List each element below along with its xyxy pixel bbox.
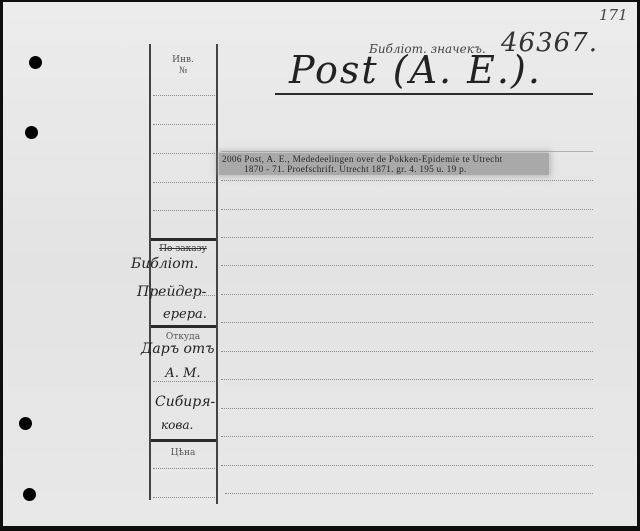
rule (153, 497, 215, 498)
from-handwritten: Сибиря- (155, 394, 215, 410)
inv-label: Инв. (151, 55, 215, 65)
rule (221, 322, 593, 323)
left-column-border (149, 44, 151, 500)
rule (153, 182, 215, 183)
rule (221, 408, 593, 409)
author-heading: Post (A. E.). (289, 48, 542, 92)
section-divider (151, 325, 216, 328)
rule (221, 209, 593, 210)
clipping-line-1: 2006 Post, A. E., Mededeelingen over de … (222, 154, 546, 164)
inv-number-label: № (151, 66, 215, 76)
rule (221, 436, 593, 437)
by-order-handwritten: Библіот. (131, 256, 198, 272)
page-number: 171 (599, 6, 628, 24)
price-label: Цѣна (151, 448, 215, 458)
from-handwritten: Даръ отъ (141, 341, 215, 357)
by-order-handwritten: Прейдер- (137, 284, 206, 300)
left-column-divider (216, 44, 218, 504)
printed-clipping: 2006 Post, A. E., Mededeelingen over de … (219, 153, 549, 175)
rule (221, 294, 593, 295)
rule (153, 153, 215, 154)
rule (221, 351, 593, 352)
rule (221, 151, 593, 152)
from-handwritten: А. М. (165, 366, 201, 381)
rule (221, 237, 593, 238)
rule (221, 180, 593, 181)
rule (153, 295, 215, 296)
rule (153, 124, 215, 125)
by-order-handwritten: ерера. (163, 307, 207, 322)
heading-underline (275, 93, 593, 95)
rule (225, 493, 593, 494)
rule (153, 381, 215, 382)
rule (221, 465, 593, 466)
rule (221, 379, 593, 380)
rule (153, 468, 215, 469)
from-handwritten: кова. (161, 418, 193, 432)
section-divider (151, 238, 216, 241)
catalog-card: 171 Инв. № По заказу Библіот. Прейдер- е… (3, 2, 637, 526)
punch-hole (19, 417, 32, 430)
punch-hole (23, 488, 36, 501)
by-order-label: По заказу (151, 244, 215, 254)
punch-hole (29, 56, 42, 69)
clipping-line-2: 1870 - 71. Proefschrift. Utrecht 1871. g… (222, 164, 546, 174)
rule (153, 95, 215, 96)
punch-hole (25, 126, 38, 139)
rule (153, 210, 215, 211)
section-divider (151, 439, 216, 442)
rule (221, 265, 593, 266)
